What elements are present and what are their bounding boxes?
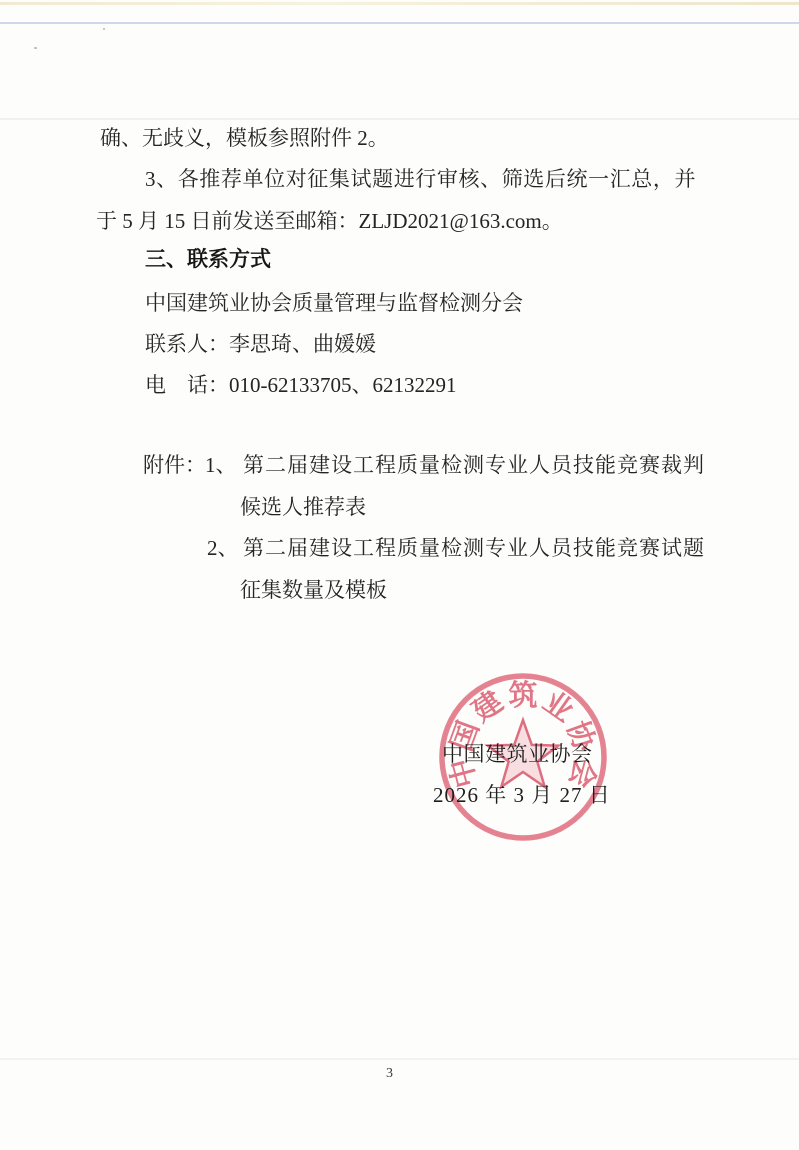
attachment-1-title-line1: 第二届建设工程质量检测专业人员技能竞赛裁判 (243, 454, 705, 476)
scan-artifact-line (0, 22, 799, 24)
scan-artifact-line (0, 118, 799, 120)
signature-organization: 中国建筑业协会 (442, 738, 593, 768)
section-heading-contact: 三、联系方式 (145, 249, 271, 271)
body-line-item3-2: 于 5 月 15 日前发送至邮箱：ZLJD2021@163.com。 (96, 210, 563, 232)
attachment-2-number: 2、 (207, 537, 239, 559)
attachment-2-title-line1: 第二届建设工程质量检测专业人员技能竞赛试题 (243, 537, 705, 559)
body-line-phone: 电 话：010-62133705、62132291 (145, 374, 457, 396)
seal-arc-char: 建 (466, 685, 511, 730)
attachment-label: 附件： (143, 454, 206, 476)
scan-speck (103, 28, 105, 30)
signature-date: 2026 年 3 月 27 日 (433, 779, 611, 809)
body-line-org: 中国建筑业协会质量管理与监督检测分会 (145, 292, 523, 314)
attachment-1-title-line2: 候选人推荐表 (240, 496, 366, 518)
page-number: 3 (386, 1066, 393, 1082)
attachment-1-number: 1、 (205, 454, 237, 476)
scan-speck (34, 47, 37, 49)
body-line-item3-1: 3、各推荐单位对征集试题进行审核、筛选后统一汇总，并 (145, 168, 696, 190)
scan-artifact-line (0, 2, 799, 5)
body-line-contact-person: 联系人：李思琦、曲媛媛 (145, 333, 376, 355)
seal-arc-char: 筑 (507, 680, 539, 712)
scan-artifact-line (0, 1058, 799, 1060)
attachment-2-title-line2: 征集数量及模板 (240, 579, 387, 601)
seal-arc-char: 业 (536, 685, 581, 730)
scanned-document-page: 确、无歧义，模板参照附件 2。 3、各推荐单位对征集试题进行审核、筛选后统一汇总… (0, 0, 799, 1150)
body-line-carryover: 确、无歧义，模板参照附件 2。 (100, 127, 389, 149)
